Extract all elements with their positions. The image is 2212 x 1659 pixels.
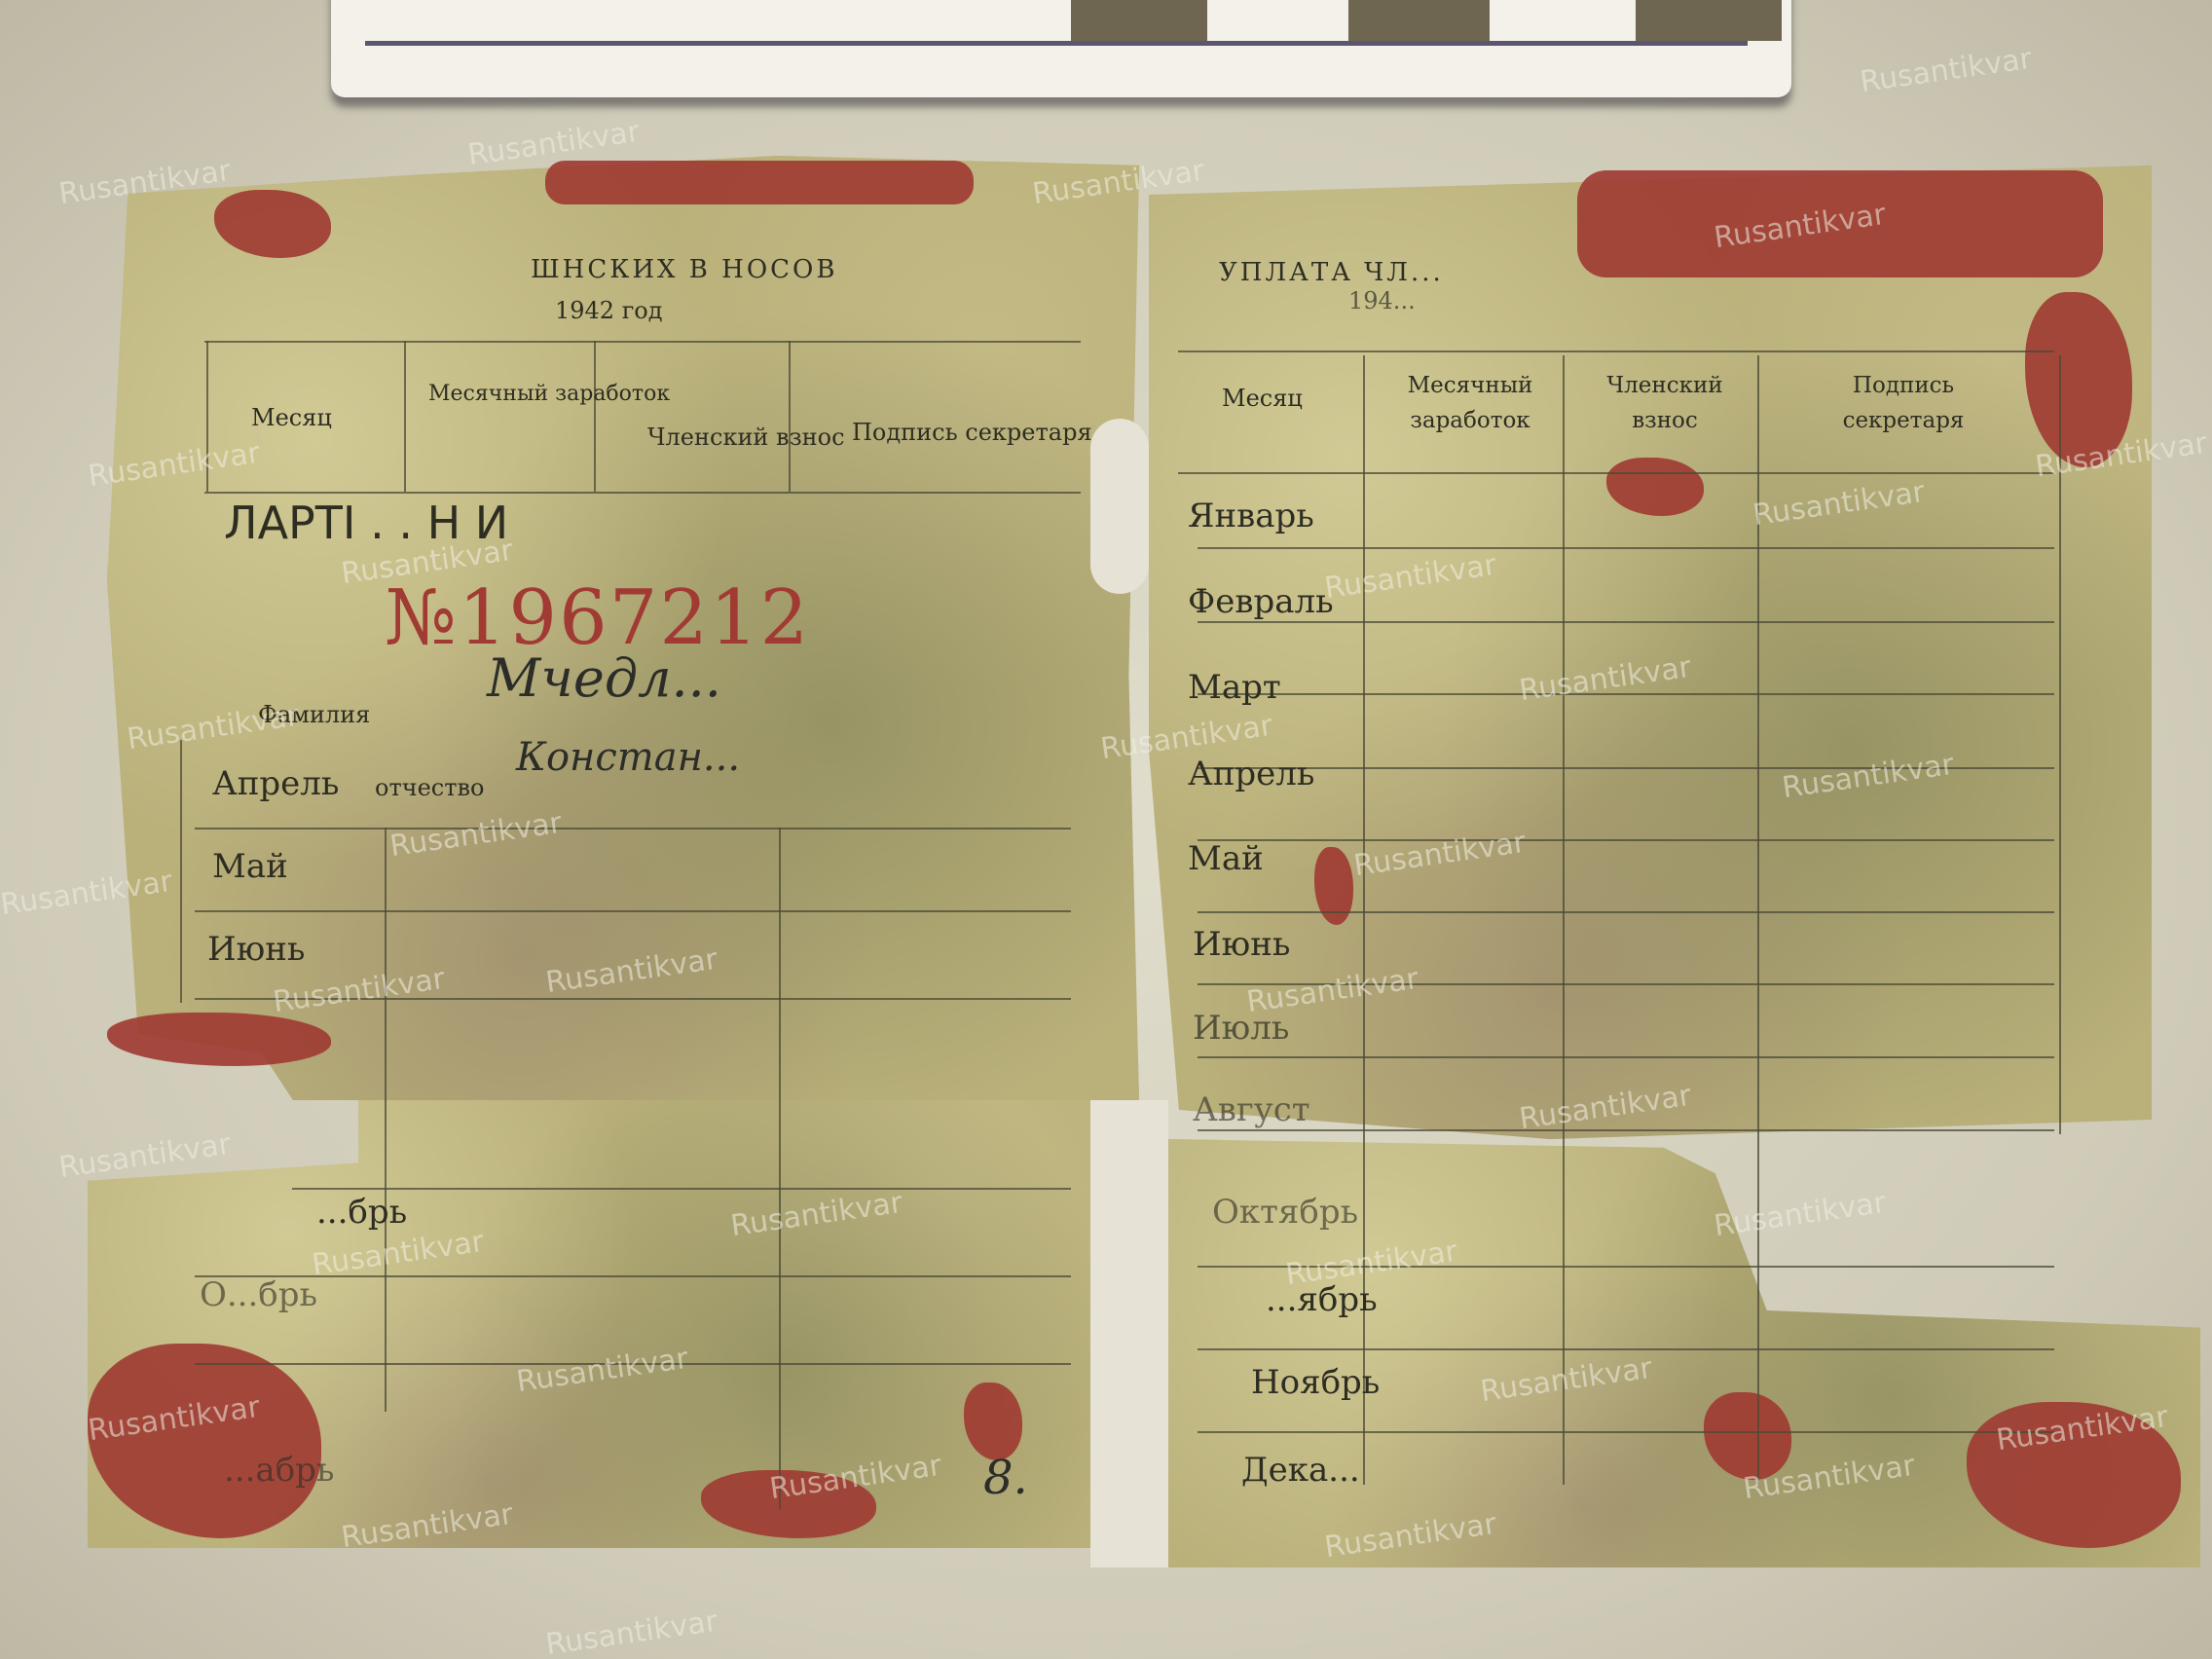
- ruler-segment: [1636, 0, 1782, 41]
- right-month-february: Февраль: [1188, 582, 1334, 621]
- right-month-december: Дека...: [1241, 1451, 1360, 1490]
- right-col-dues: Членский взнос: [1582, 368, 1748, 438]
- table-rule: [204, 341, 1081, 343]
- right-month-october: Октябрь: [1212, 1193, 1358, 1232]
- right-col-month: Месяц: [1222, 385, 1303, 412]
- left-col-dues: Членский взнос: [647, 424, 845, 451]
- right-month-march: Март: [1188, 668, 1281, 707]
- table-rule: [1198, 911, 2054, 913]
- table-rule: [180, 740, 182, 1003]
- right-col-earnings: Месячный заработок: [1387, 368, 1553, 438]
- handwritten-name: Констан...: [516, 735, 740, 780]
- red-stain: [545, 161, 974, 204]
- table-rule: [204, 492, 1081, 494]
- right-page-title: УПЛАТА ЧЛ...: [1219, 258, 1444, 287]
- table-rule: [1563, 355, 1565, 1485]
- left-page-year: 1942 год: [555, 297, 663, 324]
- right-page-year: 194...: [1348, 287, 1416, 314]
- table-rule: [789, 341, 791, 492]
- torn-gap: [1090, 1100, 1168, 1567]
- table-rule: [292, 1188, 1071, 1190]
- left-month-fragment: ...брь: [316, 1193, 407, 1232]
- right-month-april: Апрель: [1188, 755, 1314, 793]
- left-month-fragment: ...абрь: [224, 1451, 334, 1490]
- left-month-may: Май: [212, 847, 288, 886]
- table-rule: [1198, 1431, 2054, 1433]
- ruler-segment: [1071, 0, 1207, 41]
- table-rule: [404, 341, 406, 492]
- right-month-june: Июнь: [1193, 925, 1290, 964]
- left-month-april: Апрель: [212, 764, 339, 803]
- left-col-month: Месяц: [251, 404, 332, 431]
- scale-ruler: [331, 0, 1791, 97]
- table-rule: [195, 910, 1071, 912]
- table-rule: [1178, 350, 2054, 352]
- ruler-scale-bar: [365, 0, 1748, 46]
- table-rule: [1198, 1129, 2054, 1131]
- patronymic-label: отчество: [375, 774, 484, 801]
- table-rule: [1198, 839, 2054, 841]
- table-rule: [195, 828, 1071, 829]
- table-rule: [1178, 472, 2054, 474]
- table-rule: [779, 828, 781, 1509]
- table-rule: [1198, 547, 2054, 549]
- left-page-title: ШНСКИХ В НОСОВ: [531, 255, 837, 284]
- table-rule: [1198, 693, 2054, 695]
- table-rule: [594, 341, 596, 492]
- right-month-november-2: Ноябрь: [1251, 1363, 1380, 1402]
- ruler-segment: [1348, 0, 1490, 41]
- right-month-august: Август: [1193, 1090, 1310, 1129]
- left-col-signature: Подпись секретаря: [852, 419, 1092, 446]
- right-col-signature: Подпись секретаря: [1821, 368, 1986, 438]
- handwritten-surname: Мчедл...: [487, 647, 721, 709]
- handwritten-mark: 8.: [983, 1451, 1028, 1505]
- left-col-earnings: Месячный заработок: [428, 382, 670, 406]
- right-month-may: Май: [1188, 839, 1264, 878]
- table-rule: [1198, 621, 2054, 623]
- table-rule: [385, 828, 387, 1412]
- torn-gap: [1090, 419, 1149, 594]
- left-month-fragment: О...брь: [200, 1275, 317, 1314]
- left-month-june: Июнь: [207, 930, 305, 969]
- table-rule: [1198, 1348, 2054, 1350]
- right-month-january: Январь: [1188, 497, 1314, 535]
- table-rule: [1198, 1056, 2054, 1058]
